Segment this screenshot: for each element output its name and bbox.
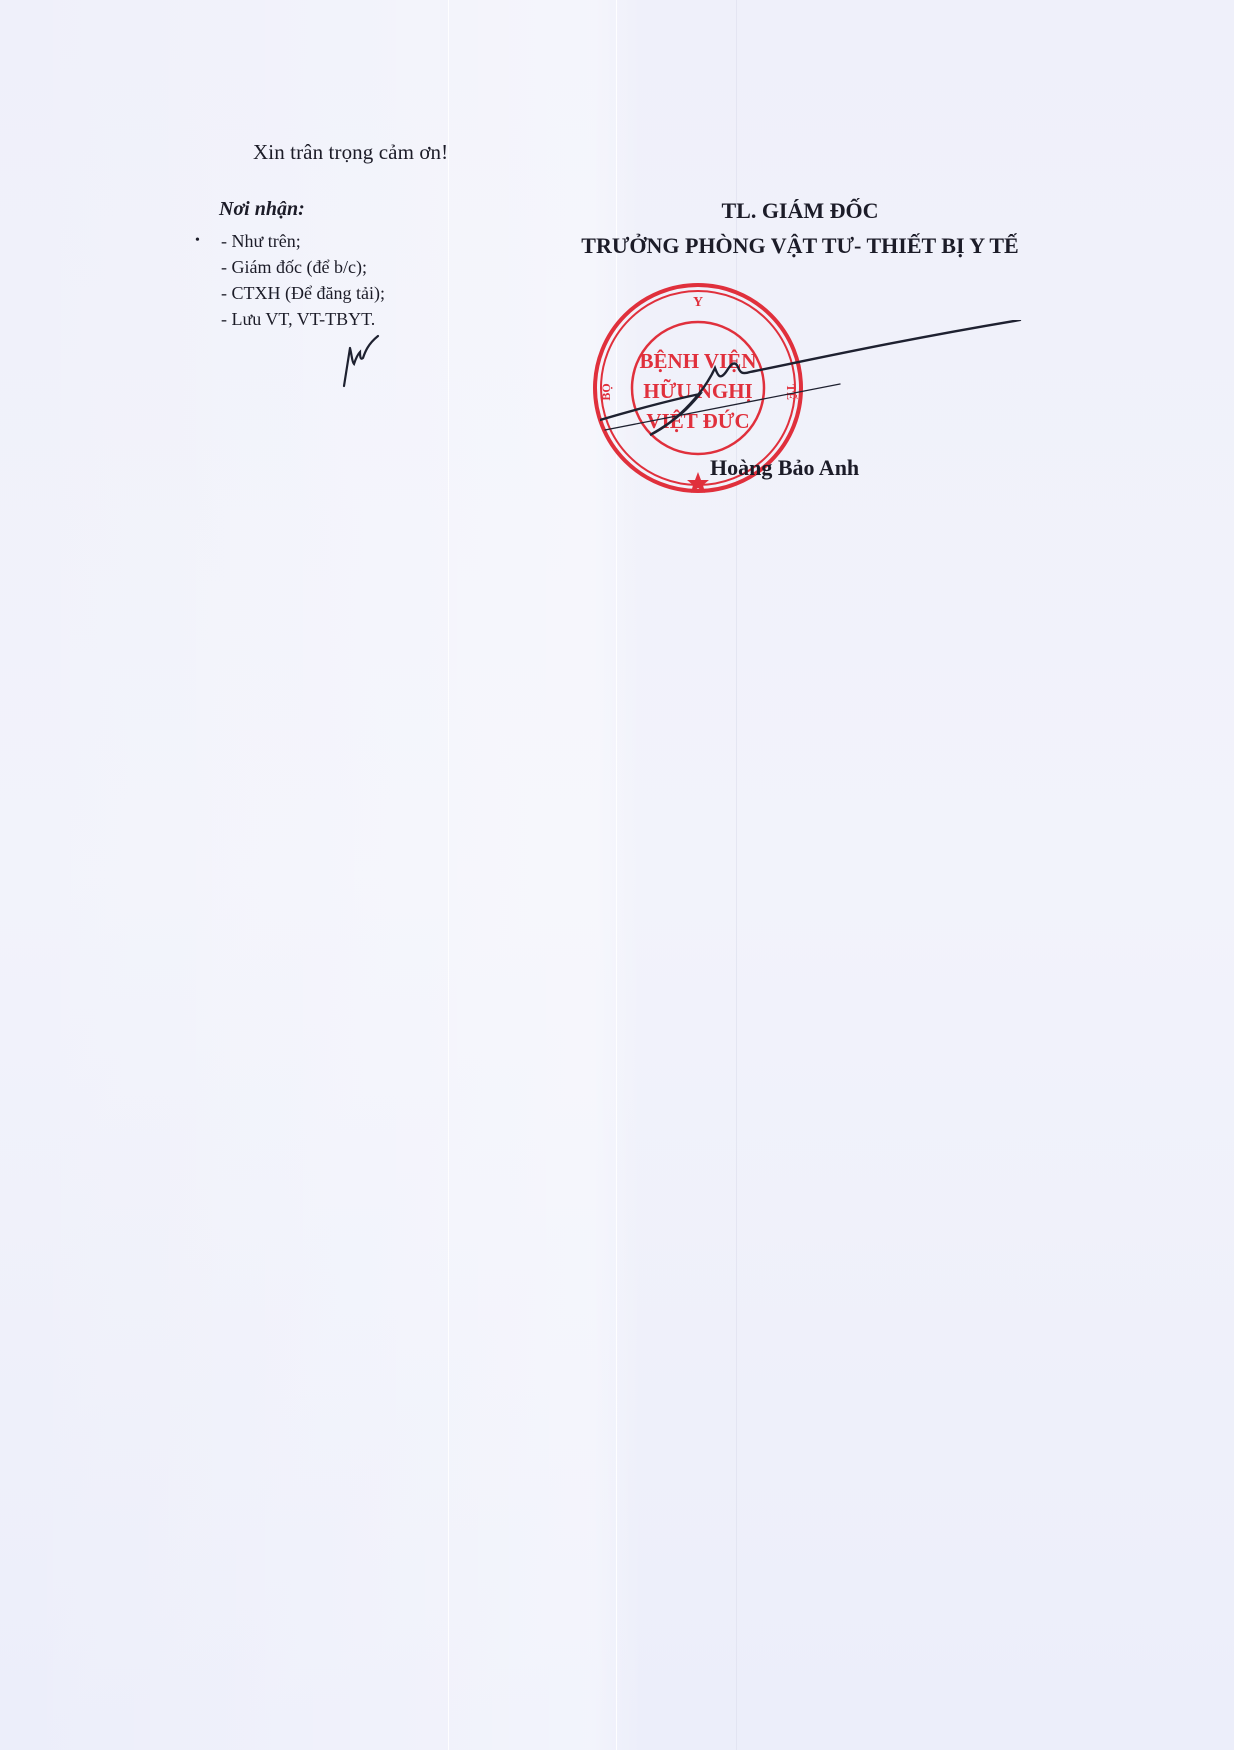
signer-name: Hoàng Bảo Anh bbox=[710, 455, 859, 481]
svg-text:Y: Y bbox=[693, 295, 703, 310]
recipient-item: • - Như trên; bbox=[221, 228, 385, 254]
scanned-page: Xin trân trọng cảm ơn! Nơi nhận: • - Như… bbox=[0, 0, 1234, 1750]
initials-signature-icon bbox=[330, 330, 390, 390]
closing-text: Xin trân trọng cảm ơn! bbox=[253, 140, 448, 165]
page-fold-line bbox=[448, 0, 449, 1750]
recipients-list: • - Như trên; - Giám đốc (để b/c); - CTX… bbox=[221, 228, 385, 332]
recipient-item: - Giám đốc (để b/c); bbox=[221, 254, 385, 280]
signature-title-line2: TRƯỞNG PHÒNG VẬT TƯ- THIẾT BỊ Y TẾ bbox=[520, 233, 1080, 259]
recipient-item: - Lưu VT, VT-TBYT. bbox=[221, 306, 385, 332]
page-fold-line bbox=[736, 0, 737, 1750]
page-fold-line bbox=[616, 0, 617, 1750]
recipients-title: Nơi nhận: bbox=[219, 198, 305, 221]
recipient-item: - CTXH (Để đăng tải); bbox=[221, 280, 385, 306]
bullet-icon: • bbox=[195, 228, 200, 254]
handwritten-signature-icon bbox=[600, 320, 1040, 450]
signature-title-line1: TL. GIÁM ĐỐC bbox=[520, 198, 1080, 224]
